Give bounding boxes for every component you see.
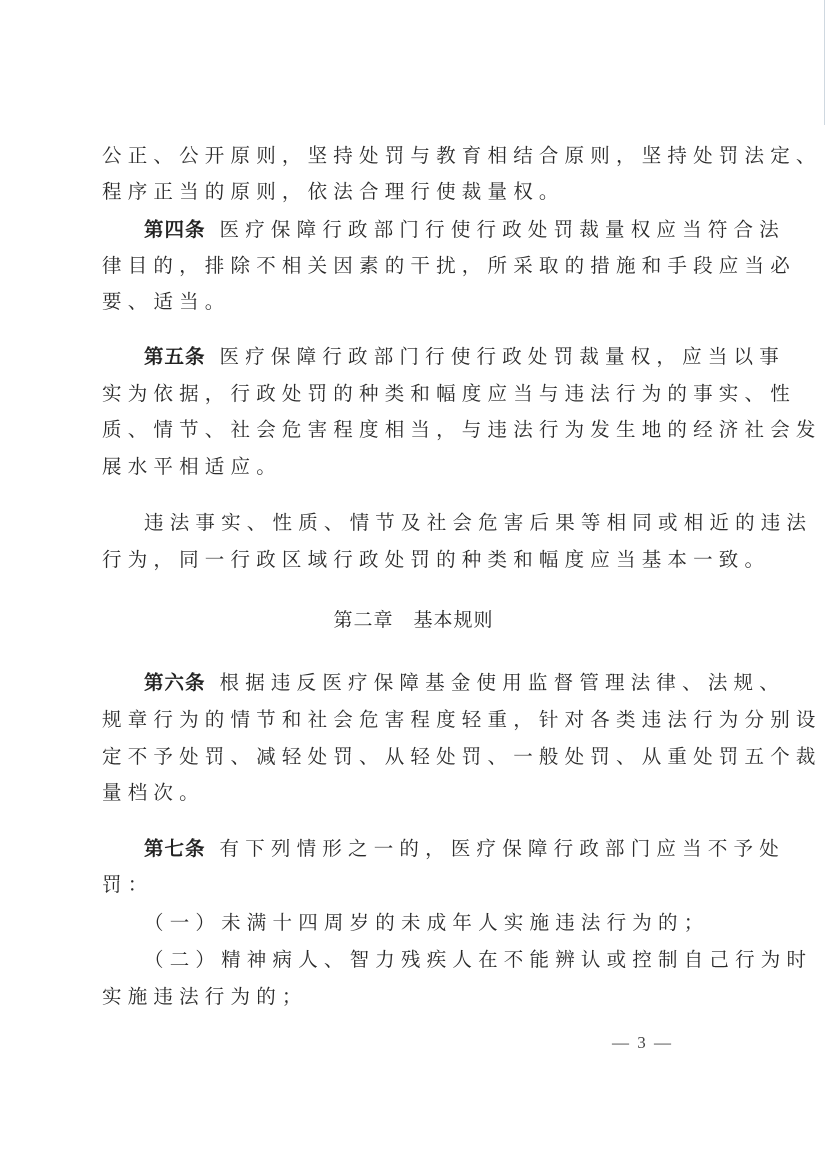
article-4: 第四条医疗保障行政部门行使行政处罚裁量权应当符合法 bbox=[144, 219, 722, 241]
list-item: （二）精神病人、智力残疾人在不能辨认或控制自己行为时 bbox=[144, 949, 722, 971]
paragraph-line: 违法事实、性质、情节及社会危害后果等相同或相近的违法 bbox=[144, 512, 722, 534]
scan-edge-line bbox=[824, 0, 825, 125]
article-heading: 第四条 bbox=[144, 218, 206, 241]
article-6: 第六条根据违反医疗保障基金使用监督管理法律、法规、 bbox=[144, 672, 722, 694]
article-heading: 第七条 bbox=[144, 837, 206, 860]
article-heading: 第五条 bbox=[144, 345, 206, 368]
chapter-number: 第二章 bbox=[333, 609, 393, 631]
paragraph-line: 律目的，排除不相关因素的干扰，所采取的措施和手段应当必 bbox=[102, 255, 722, 277]
article-text: 医疗保障行政部门行使行政处罚裁量权应当符合法 bbox=[220, 218, 785, 241]
paragraph-line: 要、适当。 bbox=[102, 291, 722, 313]
paragraph-line: 实为依据，行政处罚的种类和幅度应当与违法行为的事实、性 bbox=[102, 383, 722, 405]
paragraph-line: 定不予处罚、减轻处罚、从轻处罚、一般处罚、从重处罚五个裁 bbox=[102, 746, 722, 768]
article-text: 医疗保障行政部门行使行政处罚裁量权，应当以事 bbox=[220, 345, 785, 368]
list-item: （一）未满十四周岁的未成年人实施违法行为的； bbox=[144, 912, 722, 934]
document-page: 公正、公开原则，坚持处罚与教育相结合原则，坚持处罚法定、 程序正当的原则，依法合… bbox=[0, 0, 827, 1170]
paragraph-line: 行为，同一行政区域行政处罚的种类和幅度应当基本一致。 bbox=[102, 549, 722, 571]
page-number: — 3 — bbox=[612, 1033, 673, 1053]
chapter-heading: 第二章基本规则 bbox=[0, 609, 827, 631]
paragraph-line: 罚： bbox=[102, 874, 722, 896]
paragraph-line: 规章行为的情节和社会危害程度轻重，针对各类违法行为分别设 bbox=[102, 709, 722, 731]
paragraph-line: 展水平相适应。 bbox=[102, 456, 722, 478]
article-5: 第五条医疗保障行政部门行使行政处罚裁量权，应当以事 bbox=[144, 346, 722, 368]
article-7: 第七条有下列情形之一的，医疗保障行政部门应当不予处 bbox=[144, 838, 722, 860]
paragraph-line: 量档次。 bbox=[102, 782, 722, 804]
chapter-title: 基本规则 bbox=[414, 609, 494, 631]
paragraph-line: 程序正当的原则，依法合理行使裁量权。 bbox=[102, 181, 722, 203]
article-text: 根据违反医疗保障基金使用监督管理法律、法规、 bbox=[220, 671, 785, 694]
paragraph-line: 质、情节、社会危害程度相当，与违法行为发生地的经济社会发 bbox=[102, 419, 722, 441]
article-heading: 第六条 bbox=[144, 671, 206, 694]
article-text: 有下列情形之一的，医疗保障行政部门应当不予处 bbox=[220, 837, 785, 860]
paragraph-line: 公正、公开原则，坚持处罚与教育相结合原则，坚持处罚法定、 bbox=[102, 145, 722, 167]
list-item-continuation: 实施违法行为的； bbox=[102, 986, 722, 1008]
